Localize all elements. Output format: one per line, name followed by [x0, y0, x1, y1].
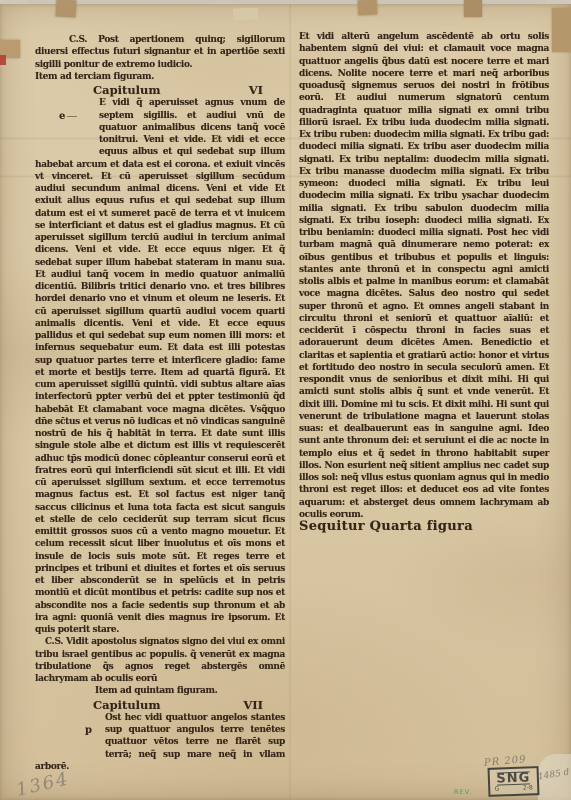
chapter7-heading: Capitulum VII — [35, 698, 285, 712]
chapter7-body: Ost hec vidi quattuor angelos stantes su… — [35, 712, 285, 773]
stamp-sub-right: 2-8 — [523, 784, 533, 791]
stamp-letters: SNG — [496, 771, 530, 785]
chapter6-opening: e E vidi q̃ aperuisset agnus vnum de sep… — [35, 97, 285, 636]
chapter6-heading: Capitulum VI — [35, 83, 285, 97]
fold-crease — [289, 4, 291, 800]
text-column-right: Et vidi alterū angelum ascēdentē ab ortu… — [299, 31, 549, 533]
green-date-stamp: REV. — [454, 788, 472, 796]
library-stamp: SNG G 2-8 — [488, 766, 540, 797]
figure-reference-fifth: Item ad quintam figuram. — [95, 685, 285, 697]
printers-guide-letter-e: e — [59, 111, 77, 123]
right-column-body: Et vidi alterū angelum ascēdentē ab ortu… — [299, 31, 549, 521]
stamp-sub-left: G — [495, 785, 500, 792]
stamp-sub-row: G 2-8 — [495, 784, 533, 792]
red-edge-mark — [0, 55, 6, 65]
paper-sheet: C.S. Post apertionem quinq; sigillorum d… — [0, 4, 571, 800]
sequitur-caption: Sequitur Quarta figura — [299, 521, 549, 533]
commentary-note-2: C.S. Vidit apostolus signatos signo dei … — [35, 636, 285, 685]
figure-reference-third: Item ad terciam figuram. — [35, 71, 285, 83]
commentary-note-1: C.S. Post apertionem quinq; sigillorum d… — [35, 34, 285, 71]
printers-guide-letter-p: p — [85, 725, 92, 737]
text-column-left: C.S. Post apertionem quinq; sigillorum d… — [35, 34, 285, 773]
chapter-label: Capitulum — [93, 84, 161, 96]
tape-fragment — [233, 8, 258, 21]
chapter7-numeral: VII — [243, 699, 263, 711]
chapter-label: Capitulum — [93, 699, 161, 711]
chapter6-numeral: VI — [249, 84, 263, 96]
tape-fragment — [56, 0, 77, 18]
chapter7-opening: p Ost hec vidi quattuor angelos stantes … — [35, 712, 285, 773]
tape-fragment — [464, 0, 482, 17]
chapter6-body: E vidi q̃ aperuisset agnus vnum de septe… — [35, 97, 285, 636]
tape-fragment — [552, 8, 571, 52]
chapter6-text: E vidi q̃ aperuisset agnus vnum de septe… — [35, 98, 285, 635]
tape-fragment — [358, 0, 378, 15]
scanned-page: C.S. Post apertionem quinq; sigillorum d… — [0, 0, 571, 800]
initial-space — [35, 712, 105, 750]
pencil-folio-number: 1364 — [14, 768, 71, 800]
